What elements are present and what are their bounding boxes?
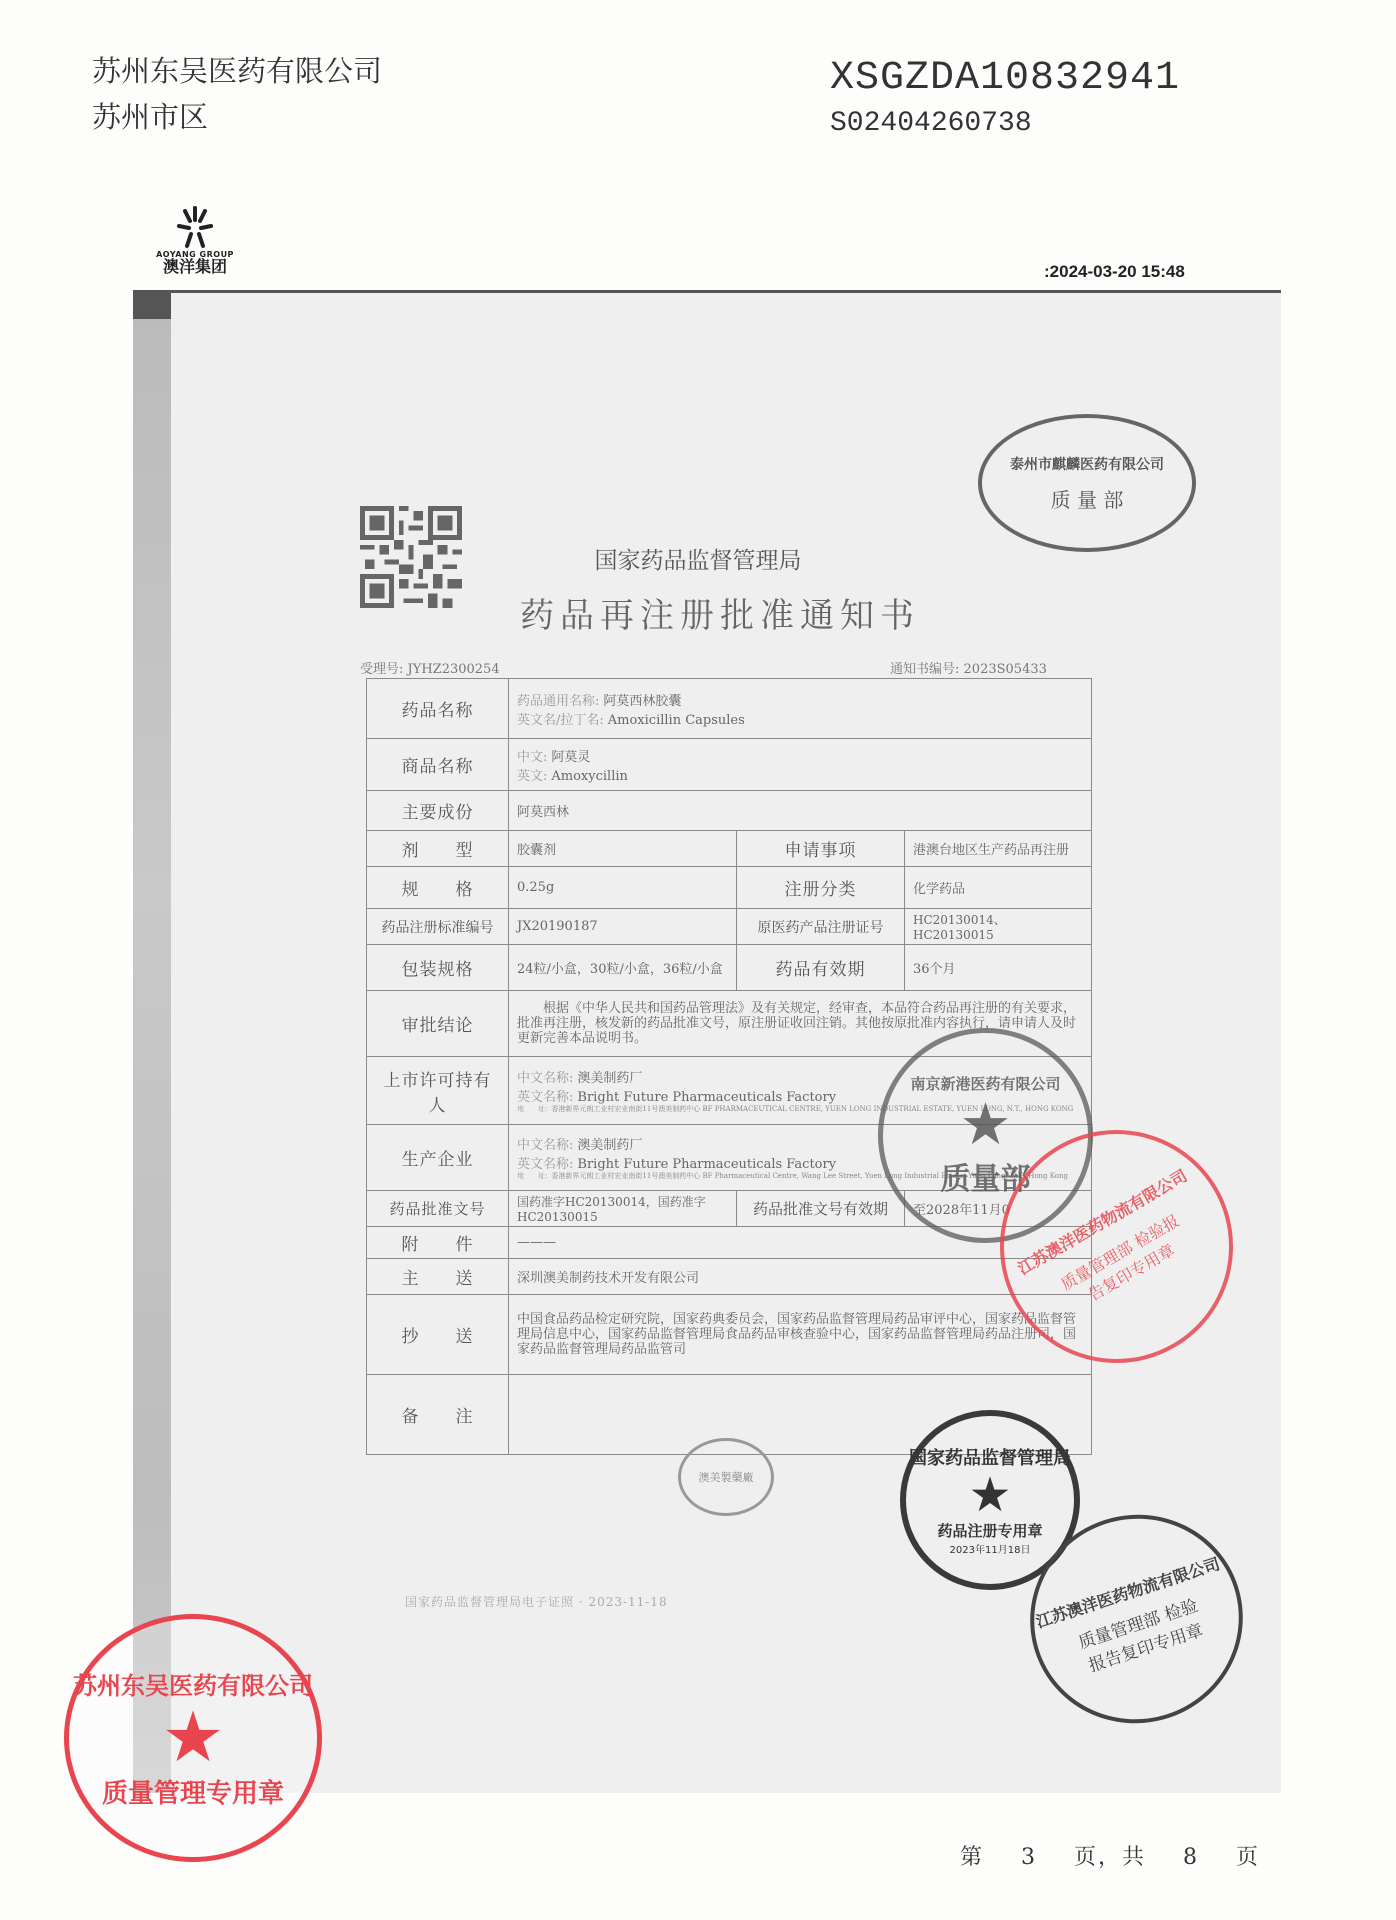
main-ingredient-label: 主要成份 [367, 791, 509, 831]
approval-number-value: 国药准字HC20130014，国药准字HC20130015 [509, 1191, 737, 1227]
application-type-label: 申请事项 [737, 831, 905, 867]
table-row: 包装规格 24粒/小盒，30粒/小盒，36粒/小盒 药品有效期 36个月 [367, 945, 1092, 991]
cc-label: 抄 送 [367, 1295, 509, 1375]
table-row: 药品名称 药品通用名称:阿莫西林胶囊 英文名/拉丁名:Amoxicillin C… [367, 679, 1092, 739]
header-right: XSGZDA10832941 S02404260738 [830, 54, 1180, 144]
standard-number-label: 药品注册标准编号 [367, 909, 509, 945]
table-row: 主 送 深圳澳美制药技术开发有限公司 [367, 1259, 1092, 1295]
issuing-agency: 国家药品监督管理局 [0, 542, 1396, 575]
main-recipient-value: 深圳澳美制药技术开发有限公司 [509, 1259, 1092, 1295]
main-recipient-label: 主 送 [367, 1259, 509, 1295]
total-pages: 8 [1183, 1845, 1199, 1870]
manufacturer-label: 生产企业 [367, 1125, 509, 1191]
notice-number: 通知书编号: 2023S05433 [890, 658, 1047, 677]
english-name: Amoxicillin Capsules [608, 713, 745, 728]
table-row: 审批结论 根据《中华人民共和国药品管理法》及有关规定，经审查，本品符合药品再注册… [367, 991, 1092, 1057]
packaging-label: 包装规格 [367, 945, 509, 991]
acceptance-number-value: JYHZ2300254 [408, 662, 500, 677]
logo-chinese: 澳洋集团 [150, 259, 240, 275]
table-row: 药品批准文号 国药准字HC20130014，国药准字HC20130015 药品批… [367, 1191, 1092, 1227]
document-code: XSGZDA10832941 [830, 54, 1180, 104]
application-type-value: 港澳台地区生产药品再注册 [905, 831, 1092, 867]
e-certificate-footer: 国家药品监督管理局电子证照 · 2023-11-18 [405, 1593, 668, 1610]
document-title: 药品再注册批准通知书 [0, 588, 1396, 637]
specification-value: 0.25g [509, 867, 737, 909]
attachment-value: ——— [509, 1227, 1092, 1259]
shelf-life-label: 药品有效期 [737, 945, 905, 991]
table-row: 商品名称 中文:阿莫灵 英文:Amoxycillin [367, 739, 1092, 791]
table-row: 上市许可持有人 中文名称:澳美制药厂 英文名称:Bright Future Ph… [367, 1057, 1092, 1125]
company-name: 苏州东吴医药有限公司 [92, 48, 382, 94]
pagination: 第 3 页，共 8 页 [960, 1840, 1260, 1871]
table-row: 规 格 0.25g 注册分类 化学药品 [367, 867, 1092, 909]
manufacturer-cell: 中文名称:澳美制药厂 英文名称:Bright Future Pharmaceut… [509, 1125, 1092, 1191]
original-certificate-value: HC20130014、HC20130015 [905, 909, 1092, 945]
conclusion-label: 审批结论 [367, 991, 509, 1057]
table-row: 剂 型 胶囊剂 申请事项 港澳台地区生产药品再注册 [367, 831, 1092, 867]
approval-form-table: 药品名称 药品通用名称:阿莫西林胶囊 英文名/拉丁名:Amoxicillin C… [366, 678, 1092, 1455]
aoyang-logo-icon [175, 206, 215, 250]
packaging-value: 24粒/小盒，30粒/小盒，36粒/小盒 [509, 945, 737, 991]
remarks-label: 备 注 [367, 1375, 509, 1455]
notice-number-value: 2023S05433 [964, 662, 1047, 677]
notice-number-label: 通知书编号: [890, 662, 959, 677]
registration-category-value: 化学药品 [905, 867, 1092, 909]
scan-edge [133, 293, 171, 1793]
conclusion-value: 根据《中华人民共和国药品管理法》及有关规定，经审查，本品符合药品再注册的有关要求… [509, 991, 1092, 1057]
acceptance-number-label: 受理号: [360, 662, 403, 677]
mah-label: 上市许可持有人 [367, 1057, 509, 1125]
serial-number: S02404260738 [830, 104, 1180, 144]
dosage-form-value: 胶囊剂 [509, 831, 737, 867]
mah-cell: 中文名称:澳美制药厂 英文名称:Bright Future Pharmaceut… [509, 1057, 1092, 1125]
region: 苏州市区 [92, 94, 382, 140]
cc-value: 中国食品药品检定研究院，国家药典委员会，国家药品监督管理局药品审评中心，国家药品… [509, 1295, 1092, 1375]
table-row: 抄 送 中国食品药品检定研究院，国家药典委员会，国家药品监督管理局药品审评中心，… [367, 1295, 1092, 1375]
registration-category-label: 注册分类 [737, 867, 905, 909]
scan-timestamp: :2024-03-20 15:48 [1044, 262, 1185, 282]
drug-name-label: 药品名称 [367, 679, 509, 739]
drug-name-cell: 药品通用名称:阿莫西林胶囊 英文名/拉丁名:Amoxicillin Capsul… [509, 679, 1092, 739]
approval-validity-label: 药品批准文号有效期 [737, 1191, 905, 1227]
header-left: 苏州东吴医药有限公司 苏州市区 [92, 48, 382, 140]
acceptance-number: 受理号: JYHZ2300254 [360, 658, 500, 677]
attachment-label: 附 件 [367, 1227, 509, 1259]
trade-name-label: 商品名称 [367, 739, 509, 791]
table-row: 主要成份 阿莫西林 [367, 791, 1092, 831]
aoyang-logo: AOYANG GROUP 澳洋集团 [150, 206, 240, 275]
remarks-value [509, 1375, 1092, 1455]
shelf-life-value: 36个月 [905, 945, 1092, 991]
dosage-form-label: 剂 型 [367, 831, 509, 867]
current-page: 3 [1021, 1845, 1037, 1870]
approval-validity-value: 至2028年11月0 [905, 1191, 1092, 1227]
main-ingredient-value: 阿莫西林 [509, 791, 1092, 831]
standard-number-value: JX20190187 [509, 909, 737, 945]
specification-label: 规 格 [367, 867, 509, 909]
trade-name-cell: 中文:阿莫灵 英文:Amoxycillin [509, 739, 1092, 791]
table-row: 药品注册标准编号 JX20190187 原医药产品注册证号 HC20130014… [367, 909, 1092, 945]
table-row: 备 注 [367, 1375, 1092, 1455]
original-certificate-label: 原医药产品注册证号 [737, 909, 905, 945]
approval-number-label: 药品批准文号 [367, 1191, 509, 1227]
generic-name: 阿莫西林胶囊 [603, 694, 681, 709]
table-row: 生产企业 中文名称:澳美制药厂 英文名称:Bright Future Pharm… [367, 1125, 1092, 1191]
table-row: 附 件 ——— [367, 1227, 1092, 1259]
